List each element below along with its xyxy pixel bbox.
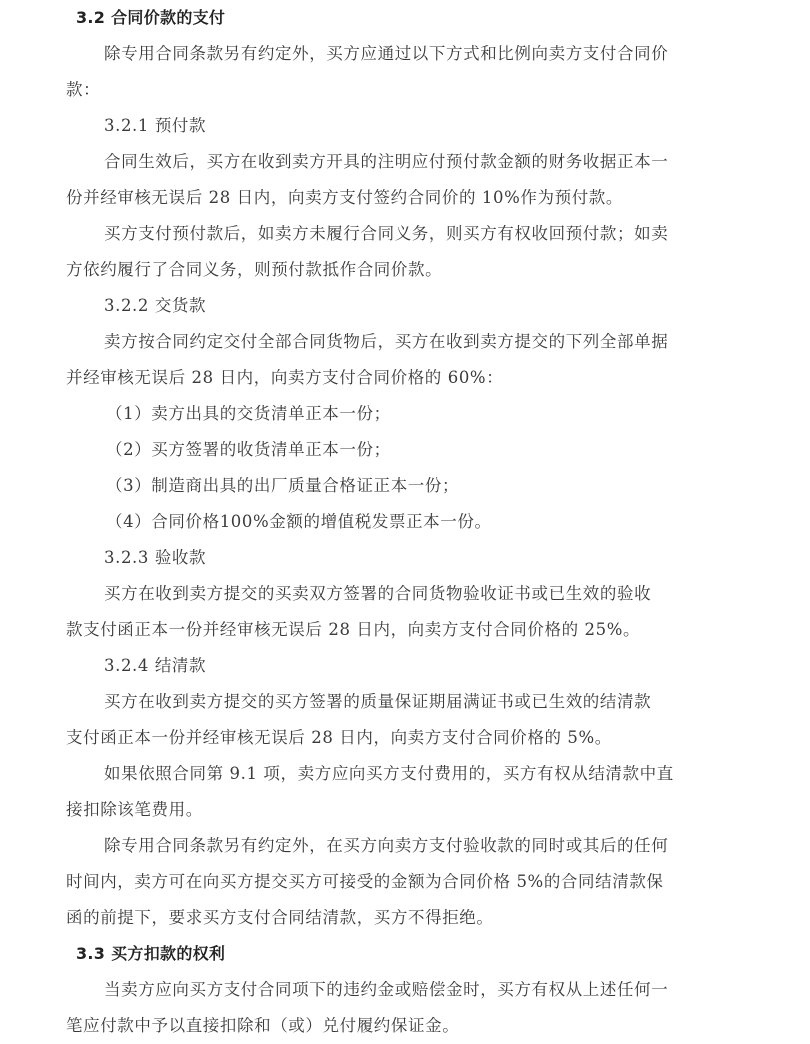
paragraph-line: 买方在收到卖方提交的买卖双方签署的合同货物验收证书或已生效的验收	[104, 584, 651, 604]
paragraph-line: 支付函正本一份并经审核无误后 28 日内，向卖方支付合同价格的 5%。	[66, 728, 612, 748]
paragraph-line: 笔应付款中予以直接扣除和（或）兑付履约保证金。	[66, 1016, 459, 1036]
paragraph-line: 并经审核无误后 28 日内，向卖方支付合同价格的 60%：	[66, 368, 503, 388]
paragraph-line: 方依约履行了合同义务，则预付款抵作合同价款。	[66, 260, 442, 280]
paragraph-line: 函的前提下，要求买方支付合同结清款，买方不得拒绝。	[66, 908, 494, 928]
intro-paragraph-line-1: 除专用合同条款另有约定外，买方应通过以下方式和比例向卖方支付合同价	[104, 44, 668, 64]
paragraph-line: 接扣除该笔费用。	[66, 800, 203, 820]
paragraph-line: 买方在收到卖方提交的买方签署的质量保证期届满证书或已生效的结清款	[104, 692, 651, 712]
paragraph-line: 合同生效后，买方在收到卖方开具的注明应付预付款金额的财务收据正本一	[104, 152, 668, 172]
section-heading-3-3: 3.3 买方扣款的权利	[76, 944, 225, 964]
subsection-title-3-2-3: 3.2.3 验收款	[104, 548, 206, 568]
list-item: （4）合同价格100%金额的增值税发票正本一份。	[106, 512, 492, 532]
paragraph-line: 份并经审核无误后 28 日内，向卖方支付签约合同价的 10%作为预付款。	[66, 188, 623, 208]
intro-paragraph-line-2: 款：	[66, 80, 100, 100]
paragraph-line: 卖方按合同约定交付全部合同货物后，买方在收到卖方提交的下列全部单据	[104, 332, 668, 352]
paragraph-line: 当卖方应向买方支付合同项下的违约金或赔偿金时，买方有权从上述任何一	[104, 980, 668, 1000]
paragraph-line: 买方支付预付款后，如卖方未履行合同义务，则买方有权收回预付款；如卖	[104, 224, 668, 244]
subsection-title-3-2-1: 3.2.1 预付款	[104, 116, 206, 136]
paragraph-line: 款支付函正本一份并经审核无误后 28 日内，向卖方支付合同价格的 25%。	[66, 620, 640, 640]
list-item: （1）卖方出具的交货清单正本一份；	[106, 404, 391, 424]
paragraph-line: 时间内，卖方可在向买方提交买方可接受的金额为合同价格 5%的合同结清款保	[66, 872, 664, 892]
paragraph-line: 如果依照合同第 9.1 项，卖方应向买方支付费用的，买方有权从结清款中直	[104, 764, 674, 784]
section-heading-3-2: 3.2 合同价款的支付	[76, 8, 225, 28]
paragraph-line: 除专用合同条款另有约定外，在买方向卖方支付验收款的同时或其后的任何	[104, 836, 668, 856]
subsection-title-3-2-2: 3.2.2 交货款	[104, 296, 206, 316]
list-item: （3）制造商出具的出厂质量合格证正本一份；	[106, 476, 459, 496]
subsection-title-3-2-4: 3.2.4 结清款	[104, 656, 206, 676]
list-item: （2）买方签署的收货清单正本一份；	[106, 440, 391, 460]
